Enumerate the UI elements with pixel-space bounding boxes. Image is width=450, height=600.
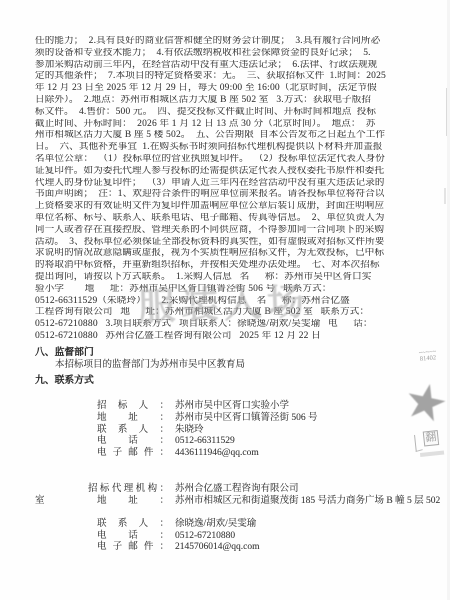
row-value: 4436111946@qq.com xyxy=(169,448,259,458)
agency-contact-block: 招标代理机构：苏州合亿盛工程咨询有限公司 地址：苏州市相城区元和街道聚茂街 18… xyxy=(35,472,435,542)
body-line: 验小学 地 址：苏州市吴中区胥口镇箐泾街 506 号 联系方式： xyxy=(35,284,435,296)
row-label: 地址： xyxy=(97,413,169,425)
body-line: 求说明的情况故意隐瞒或虚报，视为不实质性响应招标文件，为无效投标，已中标 xyxy=(35,248,435,260)
row-label: 电子邮件： xyxy=(97,448,169,460)
seal-character: 翻 xyxy=(423,430,439,446)
body-line: 单位名称、标号、联系人、联系电话、电子邮箱、传真等信息。 2、单位负责人为 xyxy=(35,213,435,225)
seal-stamp: 翻 xyxy=(414,430,444,458)
document-page: 任的能力； 2.具有良好的商业信誉和健全的财务会计制度； 3.具有履行合同所必 … xyxy=(0,0,450,600)
row-label: 电话： xyxy=(97,531,169,543)
row-value: 0512-66311529 xyxy=(169,436,235,446)
body-line: 0512-67210880 3.项目联系方式 项目联系人：徐晓逸/胡欢/吴雯瑜 … xyxy=(35,319,435,331)
body-line: 活动。 3、投标单位必须保证全部投标资料的真实性，如有虚假或对招标文件所要 xyxy=(35,237,435,249)
body-line: 书面声明函； 注：1、欢迎符合条件的响应单位前来报名。请各投标单位将符合以 xyxy=(35,189,435,201)
body-line: 0512-67210880 苏州合亿盛工程咨询有限公司 2025 年 12 月 … xyxy=(35,331,435,343)
row-value: 苏州市吴中区胥口镇箐泾街 506 号 xyxy=(169,413,318,423)
body-line: 截止时间、开标时间： 2026 年 1 月 12 日 13 点 30 分（北京时… xyxy=(35,119,435,131)
row-label: 地址： xyxy=(97,496,169,508)
row-value: 苏州合亿盛工程咨询有限公司 xyxy=(169,484,299,494)
document-body: 任的能力； 2.具有良好的商业信誉和健全的财务会计制度； 3.具有履行合同所必 … xyxy=(35,36,435,542)
scan-artifact xyxy=(444,188,446,204)
row-label: 电子邮件： xyxy=(97,542,169,554)
body-line: 工程咨询有限公司 地 址：苏州市相城区活力大厦 B 座 502 室 联系方式： xyxy=(35,307,435,319)
body-line: 年 12 月 23 日至 2025 年 12 月 29 日，每天 09:00 至… xyxy=(35,83,435,95)
body-line: 证复印件。如为委托代理人参与投标的还需提供法定代表人授权委托书原件和委托 xyxy=(35,166,435,178)
row-value: 0512-67210880 xyxy=(169,531,235,541)
contact-row: 招标人：苏州市吴中区胥口实验小学 xyxy=(78,390,435,402)
body-line: 日。 六、其他补充事宜 1.在购买标书时须向招标代理机构提供以下材料并加盖报 xyxy=(35,142,435,154)
tenderer-contact-block: 招标人：苏州市吴中区胥口实验小学 地址：苏州市吴中区胥口镇箐泾街 506 号 联… xyxy=(35,390,435,448)
body-line: 提出询问，请按以下方式联系。 1.采购人信息 名 称：苏州市吴中区胥口实 xyxy=(35,272,435,284)
contact-row: 联系人：徐晓逸/胡欢/吴雯瑜 xyxy=(78,507,435,519)
body-line: 上资格要求的有效证明文件为复印件加盖响应单位公章后装订成册，封面注明响应 xyxy=(35,201,435,213)
row-label: 联系人： xyxy=(97,519,169,531)
seal-tick-marks xyxy=(414,433,423,452)
row-value: 朱晓玲 xyxy=(169,425,204,435)
row-label: 招标人： xyxy=(97,401,169,413)
body-line: 代理人的身份证复印件； （3）申请人近三年内在经营活动中没有重大违法记录的 xyxy=(35,178,435,190)
row-label: 联系人： xyxy=(97,425,169,437)
row-value: 徐晓逸/胡欢/吴雯瑜 xyxy=(169,519,256,529)
body-line: 同一人或者存在直接控股、管理关系的不同供应商，不得参加同一合同项下的采购 xyxy=(35,225,435,237)
body-line: 标文件。 4.售价：500 元。 四、提交投标文件截止时间、开标时间和地点 投标 xyxy=(35,107,435,119)
row-value: 2145706014@qq.com xyxy=(169,542,259,552)
row-label: 电话： xyxy=(97,436,169,448)
supervision-text: 本招标项目的监督部门为苏州市吴中区教育局 xyxy=(35,359,435,371)
body-line: 0512-66311529（朱晓玲） 2.采购代理机构信息 名 称：苏州合亿盛 xyxy=(35,296,435,308)
body-line: 日除外）。 2.地点：苏州市相城区活力大厦 B 座 502 室 3.方式：获取电… xyxy=(35,95,435,107)
contact-row: 招标代理机构：苏州合亿盛工程咨询有限公司 xyxy=(69,472,435,484)
body-line: 参加采购活动前三年内，在经营活动中没有重大违法记录； 6.法律、行政法规规 xyxy=(35,60,435,72)
body-line: 任的能力； 2.具有良好的商业信誉和健全的财务会计制度； 3.具有履行合同所必 xyxy=(35,36,435,48)
number-stamp: ~~~~~ 81402 xyxy=(419,349,438,362)
body-line: 州市相城区活力大厦 B 座 5 楼 502。 五、公告期限 自本公告发布之日起五… xyxy=(35,130,435,142)
body-line: 的将取消中标资格，并重新组织招标，并按相关处理办法处理。 七、对本次招标 xyxy=(35,260,435,272)
row-value: 苏州市吴中区胥口实验小学 xyxy=(169,401,289,411)
section-heading-contact: 九、联系方式 xyxy=(35,375,435,387)
body-line: 名单位公章： （1）投标单位的营业执照复印件。 （2）投标单位法定代表人身份 xyxy=(35,154,435,166)
body-line: 须的设备和专业技术能力； 4.有依法缴纳税收和社会保障资金的良好记录； 5. xyxy=(35,48,435,60)
section-heading-supervision: 八、监督部门 xyxy=(35,347,435,359)
body-line: 定的其他条件； 7.本项目的特定资格要求：无。 三、获取招标文件 1.时间：20… xyxy=(35,71,435,83)
row-value: 苏州市相城区元和街道聚茂街 185 号活力商务广场 B 幢 5 层 502 xyxy=(169,496,440,506)
row-label: 招标代理机构： xyxy=(88,484,169,496)
star-stamp-icon: ★ xyxy=(399,374,450,431)
